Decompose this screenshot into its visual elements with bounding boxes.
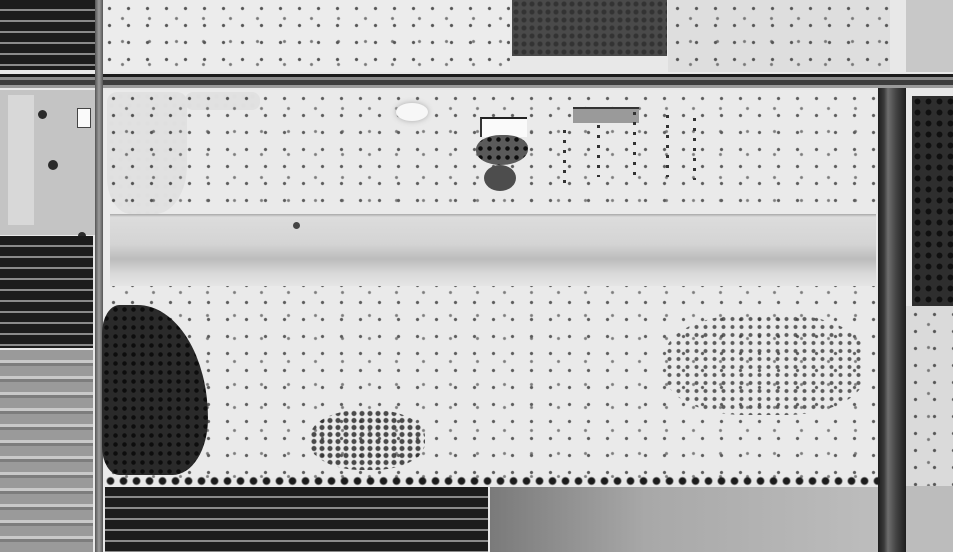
building-tiedown-shelter xyxy=(573,107,639,123)
field-top-far-right xyxy=(906,0,953,72)
field-left-light-rows xyxy=(0,350,93,552)
road-east-north-south xyxy=(878,88,906,552)
field-south-dark-rows xyxy=(105,487,488,552)
runway xyxy=(110,214,876,286)
field-east-lower xyxy=(906,306,953,486)
tiedown-row xyxy=(633,112,636,177)
light-spot xyxy=(396,103,428,121)
field-top-center-dark xyxy=(512,0,667,56)
shadow-area xyxy=(484,165,516,191)
hangar xyxy=(480,117,527,137)
tiedown-row xyxy=(563,130,566,188)
scrub-southeast xyxy=(665,315,865,415)
field-top-right-light xyxy=(668,0,890,72)
field-top-left-dark xyxy=(0,0,98,70)
field-east-bottom xyxy=(906,486,953,552)
field-top-center-light xyxy=(100,0,510,72)
isolated-marker xyxy=(293,222,300,229)
field-left-dark-rows xyxy=(0,236,93,348)
field-south-medium xyxy=(490,487,878,552)
road-west-north-south xyxy=(95,0,103,552)
scrub-south-center xyxy=(310,410,425,470)
tree xyxy=(38,110,47,119)
farm-building xyxy=(77,108,91,128)
tiedown-row xyxy=(597,125,600,177)
orchard-east xyxy=(912,96,953,306)
tree xyxy=(48,160,58,170)
tiedown-row xyxy=(693,118,696,180)
aerial-photo xyxy=(0,0,953,552)
tree-line-south xyxy=(104,476,880,486)
farm-lot-strip xyxy=(8,95,34,225)
tiedown-row xyxy=(666,115,669,177)
road-east-west xyxy=(0,74,953,88)
